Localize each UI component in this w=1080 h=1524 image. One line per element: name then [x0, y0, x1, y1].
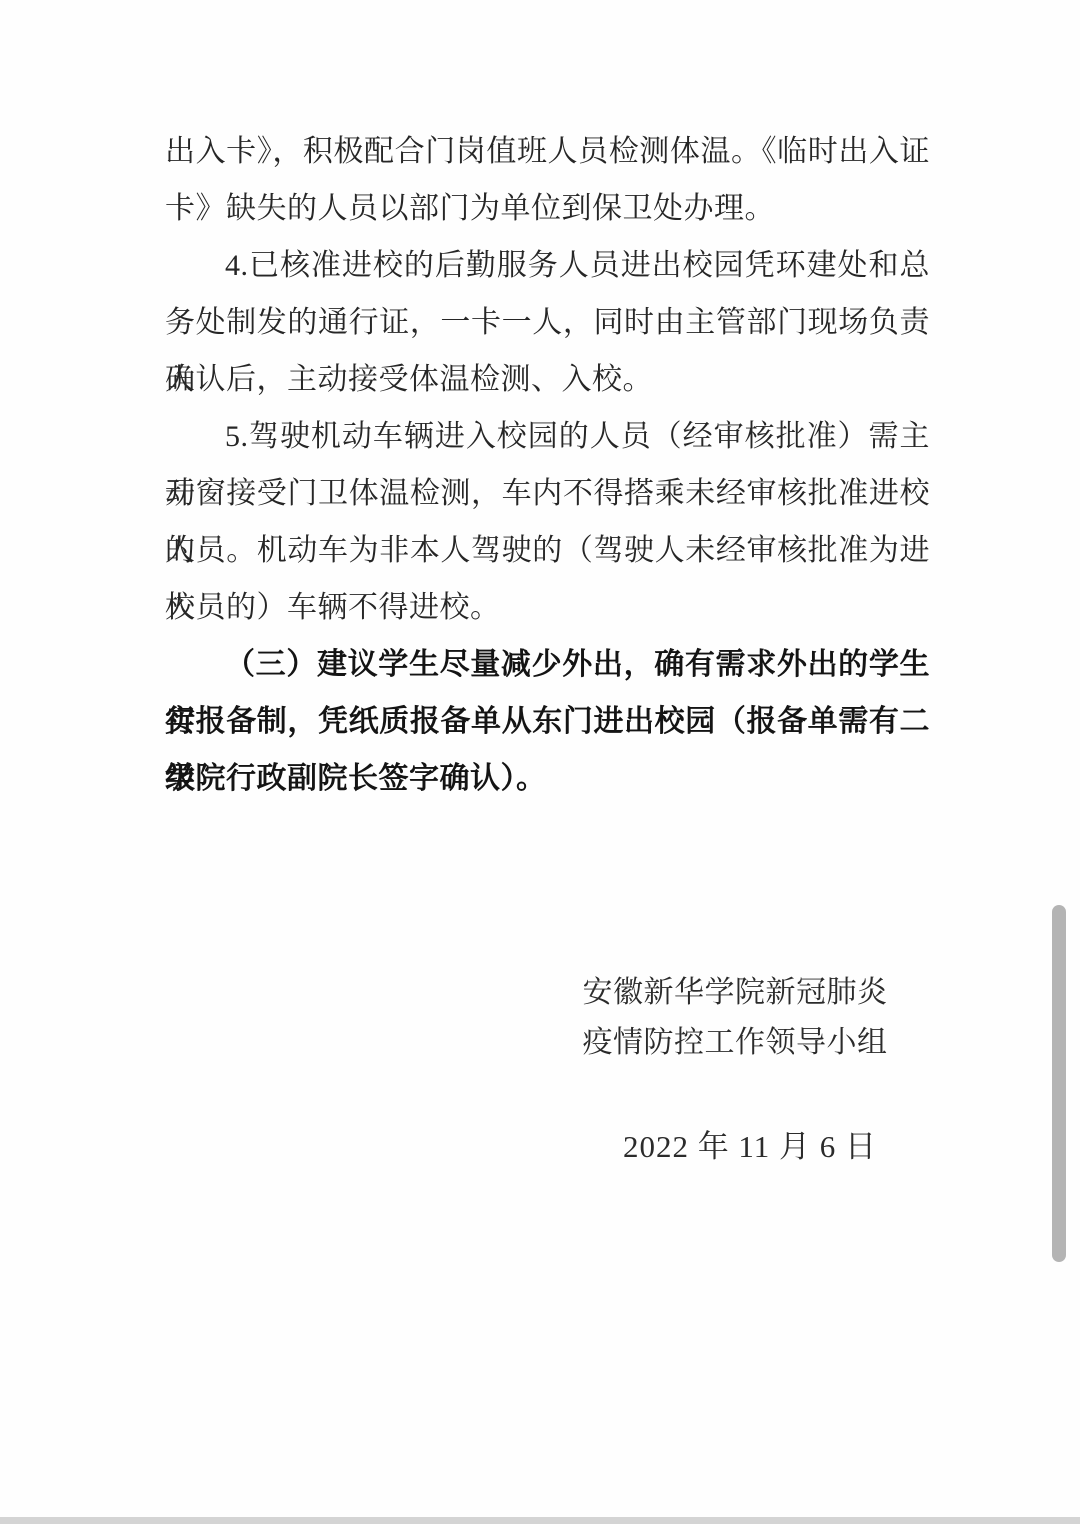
- document-line: 人员的）车辆不得进校。: [165, 579, 930, 636]
- document-line: 确认后，主动接受体温检测、入校。: [165, 351, 930, 408]
- document-line: 人员。机动车为非本人驾驶的（驾驶人未经审核批准为进校: [165, 522, 930, 579]
- document-line: 务处制发的通行证，一卡一人，同时由主管部门现场负责人: [165, 294, 930, 351]
- document-line: 开窗接受门卫体温检测，车内不得搭乘未经审核批准进校的: [165, 465, 930, 522]
- signature-line-2: 疫情防控工作领导小组: [575, 1018, 895, 1068]
- bottom-divider: [0, 1517, 1080, 1524]
- document-line: 出入卡》，积极配合门岗值班人员检测体温。《临时出入证: [165, 123, 930, 180]
- document-line: 5.驾驶机动车辆进入校园的人员（经审核批准）需主动: [165, 408, 930, 465]
- document-date: 2022 年 11 月 6 日: [590, 1122, 910, 1172]
- signature-line-1: 安徽新华学院新冠肺炎: [575, 968, 895, 1018]
- document-text-block: 出入卡》，积极配合门岗值班人员检测体温。《临时出入证 卡》缺失的人员以部门为单位…: [165, 123, 930, 807]
- scrollbar-thumb[interactable]: [1052, 905, 1066, 1262]
- document-line: 4.已核准进校的后勤服务人员进出校园凭环建处和总: [165, 237, 930, 294]
- document-line-emphasis: 行报备制，凭纸质报备单从东门进出校园（报备单需有二级: [165, 693, 930, 750]
- document-line-emphasis: 学院行政副院长签字确认）。: [165, 750, 930, 807]
- document-line: 卡》缺失的人员以部门为单位到保卫处办理。: [165, 180, 930, 237]
- signature-block: 安徽新华学院新冠肺炎 疫情防控工作领导小组: [575, 968, 895, 1068]
- document-page: 出入卡》，积极配合门岗值班人员检测体温。《临时出入证 卡》缺失的人员以部门为单位…: [0, 0, 1080, 1524]
- document-line-emphasis: （三）建议学生尽量减少外出，确有需求外出的学生实: [165, 636, 930, 693]
